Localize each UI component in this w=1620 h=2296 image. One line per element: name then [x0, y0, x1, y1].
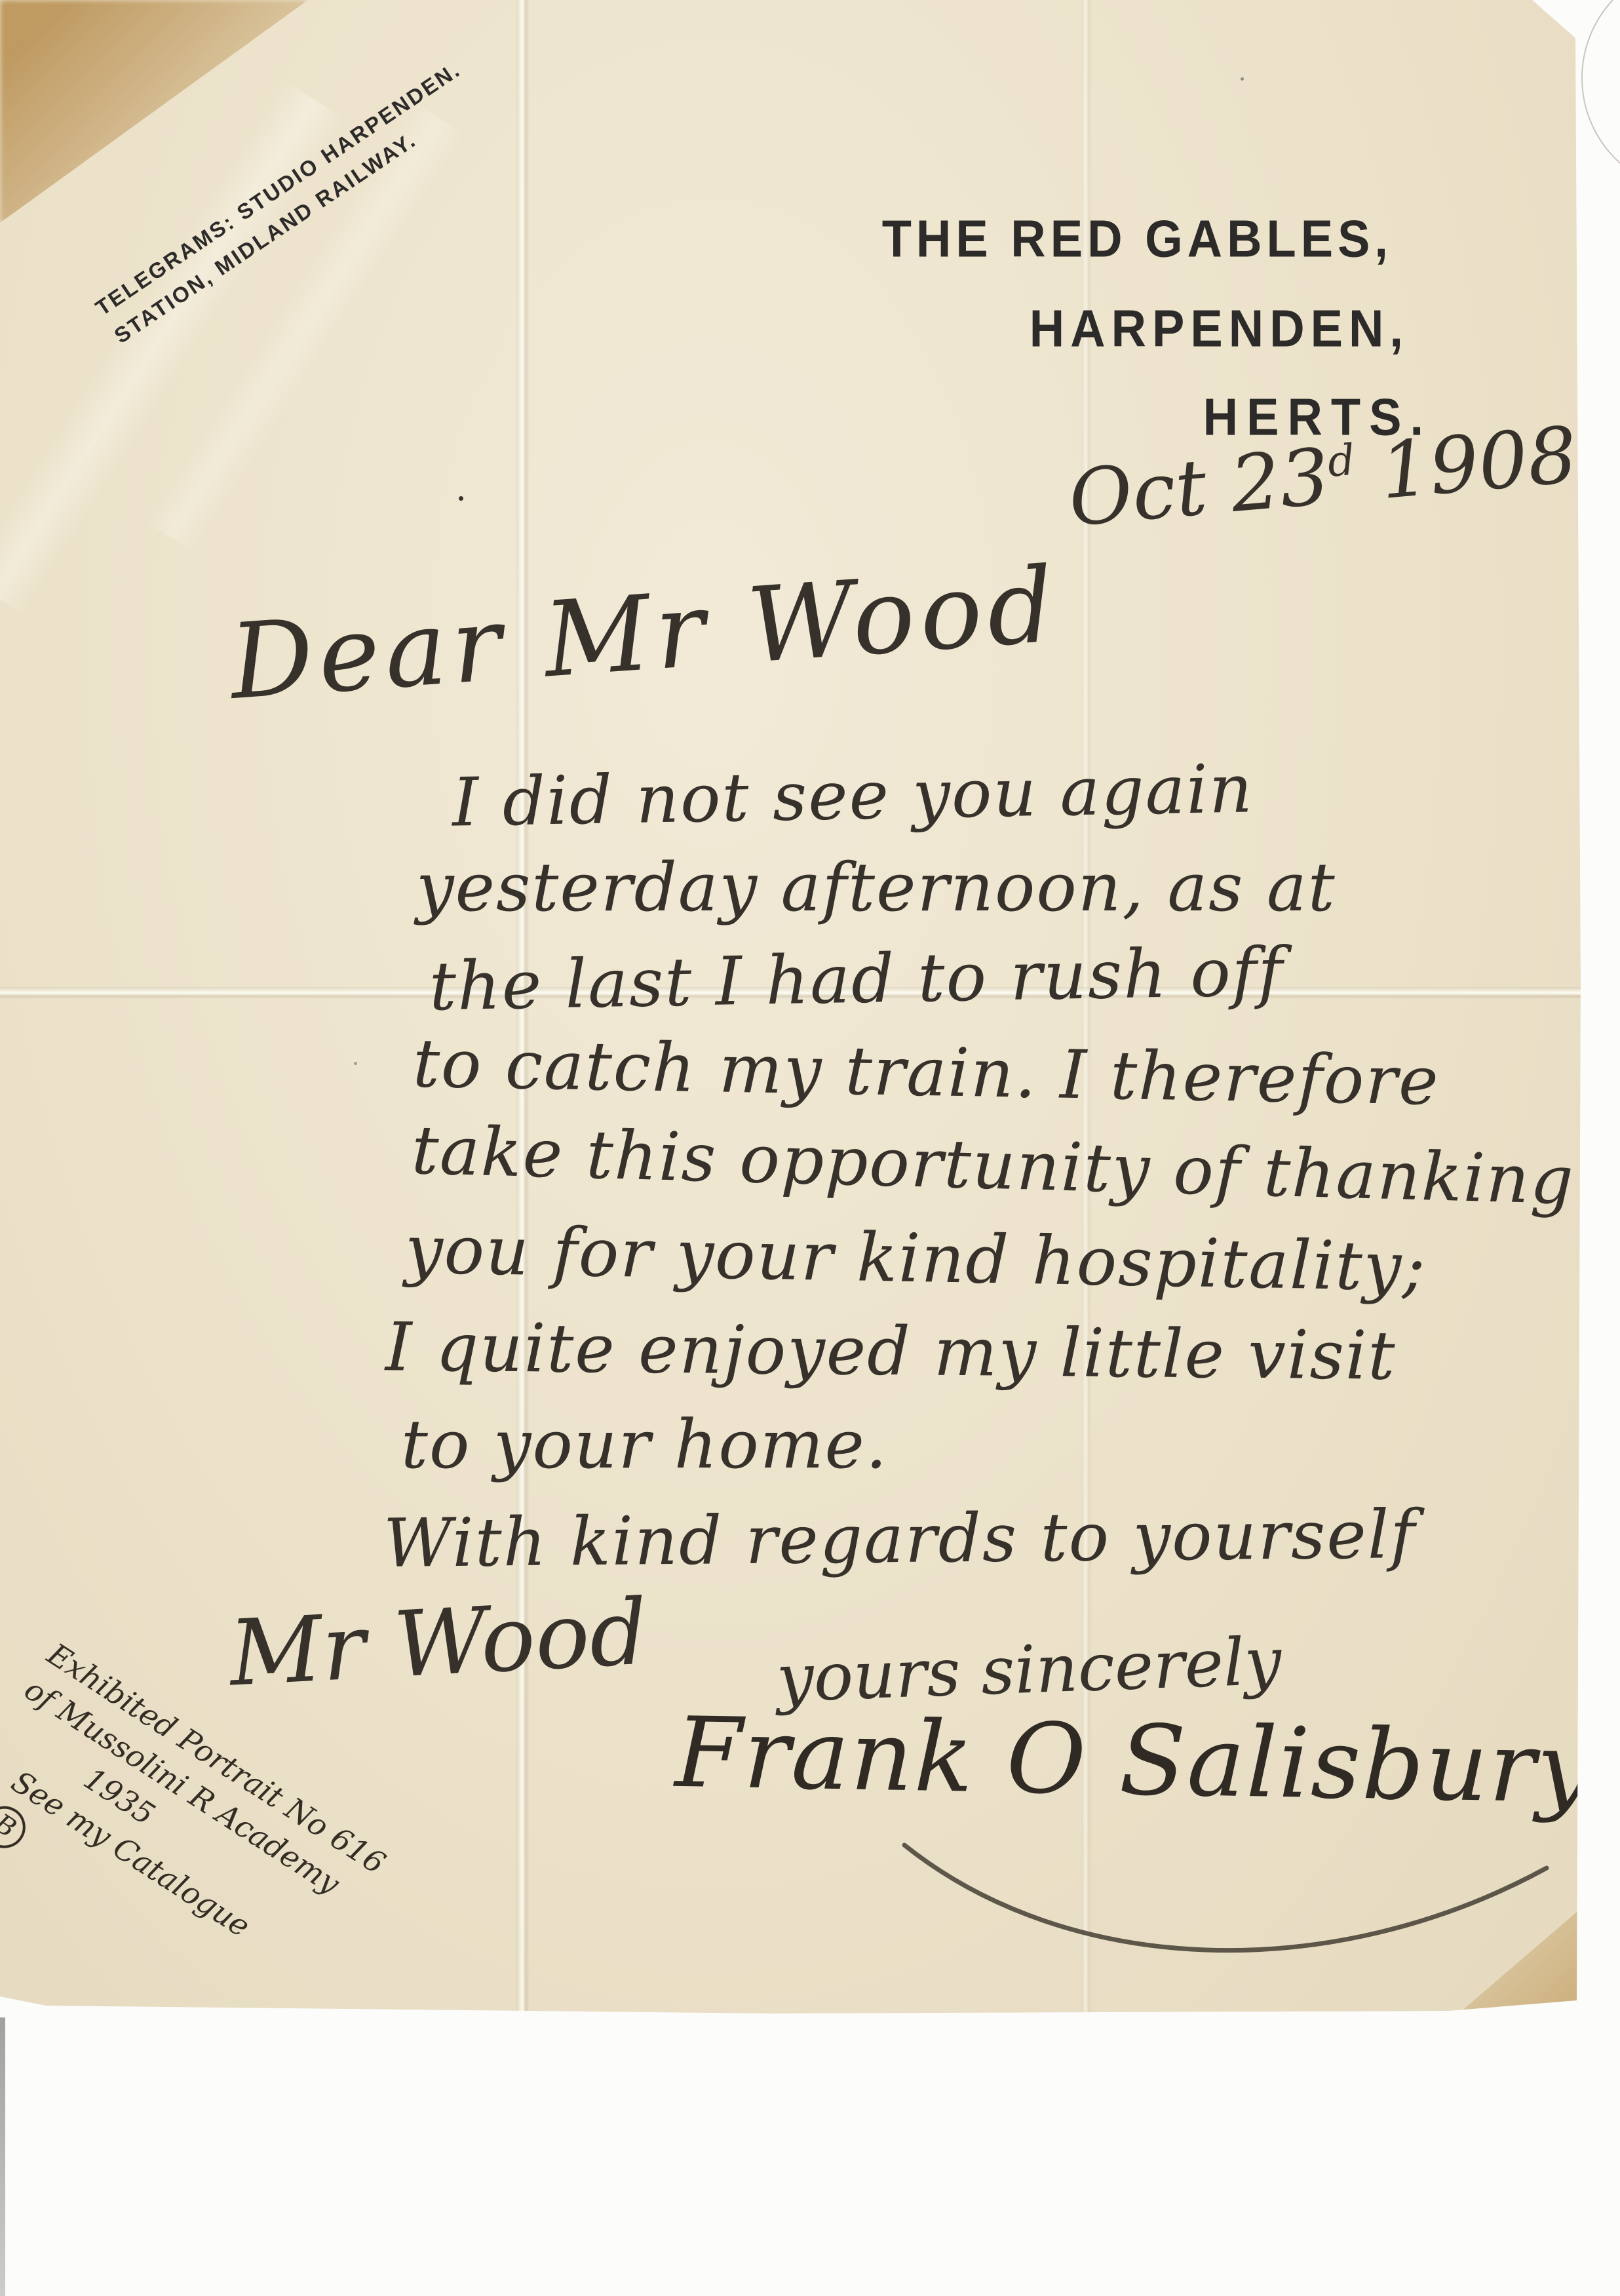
body-line-1: I did not see you again [452, 756, 1254, 836]
date-ordinal-suffix: d [1326, 435, 1357, 486]
date-year: 1908 [1377, 409, 1581, 516]
signature: Frank O Salisbury [674, 1704, 1594, 1817]
scanner-backdrop-circle [1581, 0, 1620, 193]
body-line-3: the last I had to rush off [429, 939, 1284, 1021]
letterhead-address-line-2: HARPENDEN, [1030, 298, 1409, 359]
body-line-9: With kind regards to yourself [383, 1502, 1417, 1578]
closing-addressee: Mr Wood [227, 1587, 649, 1699]
body-line-4: to catch my train. I therefore [412, 1030, 1440, 1115]
letterhead-address-line-1: THE RED GABLES, [882, 208, 1393, 269]
ink-speck [459, 496, 463, 501]
ink-speck [354, 1062, 357, 1065]
body-line-8: to your home. [401, 1412, 888, 1479]
scanner-edge-strip [0, 2017, 5, 2296]
letter-scan: TELEGRAMS: STUDIO HARPENDEN. STATION, MI… [0, 0, 1620, 2296]
body-line-2: yesterday afternoon, as at [416, 855, 1336, 922]
ink-speck [1241, 77, 1244, 81]
salutation: Dear Mr Wood [227, 553, 1062, 714]
paper-sheet: TELEGRAMS: STUDIO HARPENDEN. STATION, MI… [0, 0, 1581, 2014]
body-line-7: I quite enjoyed my little visit [385, 1314, 1397, 1390]
body-line-5: take this opportunity of thanking [411, 1118, 1575, 1215]
body-line-6: you for your kind hospitality; [404, 1216, 1427, 1301]
signature-flourish [885, 1822, 1579, 1986]
date-day: Oct 23 [1065, 431, 1332, 543]
letter-date: Oct 23d 1908 [1066, 416, 1580, 537]
